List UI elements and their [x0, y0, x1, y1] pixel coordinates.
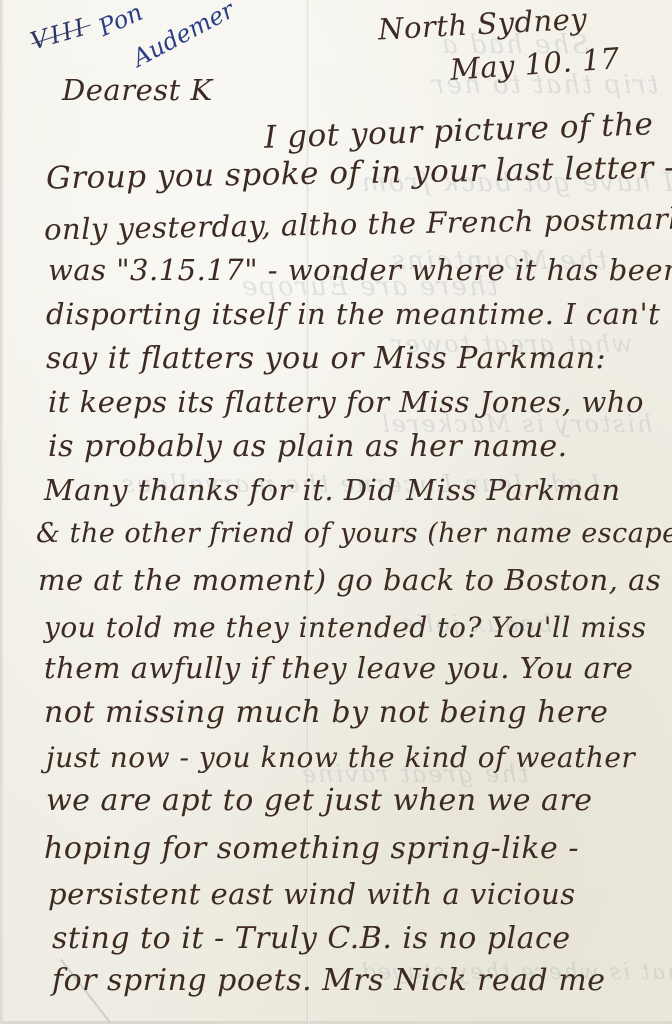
- letter-line: not missing much by not being here: [44, 698, 608, 728]
- letter-line: them awfully if they leave you. You are: [44, 654, 633, 683]
- letter-line: persistent east wind with a vicious: [48, 880, 576, 909]
- letter-date: May 10. 17: [449, 44, 620, 85]
- letter-line: & the other friend of yours (her name es…: [36, 520, 672, 547]
- letter-line: only yesterday, altho the French postmar…: [44, 204, 672, 244]
- letter-line: say it flatters you or Miss Parkman:: [46, 344, 606, 374]
- letter-line: just now - you know the kind of weather: [46, 744, 635, 772]
- letter-line: Group you spoke of in your last letter -: [46, 153, 672, 195]
- letter-page: She had a trip that to her I have got ba…: [0, 0, 672, 1024]
- letter-line: hoping for something spring-like -: [44, 834, 579, 864]
- letter-line: me at the moment) go back to Boston, as: [38, 566, 661, 595]
- letter-line: Many thanks for it. Did Miss Parkman: [44, 476, 621, 505]
- letter-line: is probably as plain as her name.: [48, 432, 568, 462]
- archive-annotation-line2: Audemer: [128, 0, 239, 72]
- letter-place: North Sydney: [377, 5, 588, 45]
- letter-line: was "3.15.17" - wonder where it has been: [48, 256, 672, 285]
- letter-line: you told me they intended to? You'll mis…: [44, 614, 646, 642]
- letter-line: we are apt to get just when we are: [46, 786, 593, 816]
- letter-salutation: Dearest K: [62, 76, 213, 105]
- letter-line: sting to it - Truly C.B. is no place: [52, 924, 571, 954]
- archive-annotation-line1: Pon: [94, 0, 147, 42]
- letter-line: for spring poets. Mrs Nick read me: [52, 966, 605, 996]
- letter-line: it keeps its flattery for Miss Jones, wh…: [48, 388, 644, 417]
- letter-line: I got your picture of the: [264, 109, 654, 154]
- scan-edge-left: [0, 0, 4, 1024]
- letter-line: disporting itself in the meantime. I can…: [46, 300, 660, 329]
